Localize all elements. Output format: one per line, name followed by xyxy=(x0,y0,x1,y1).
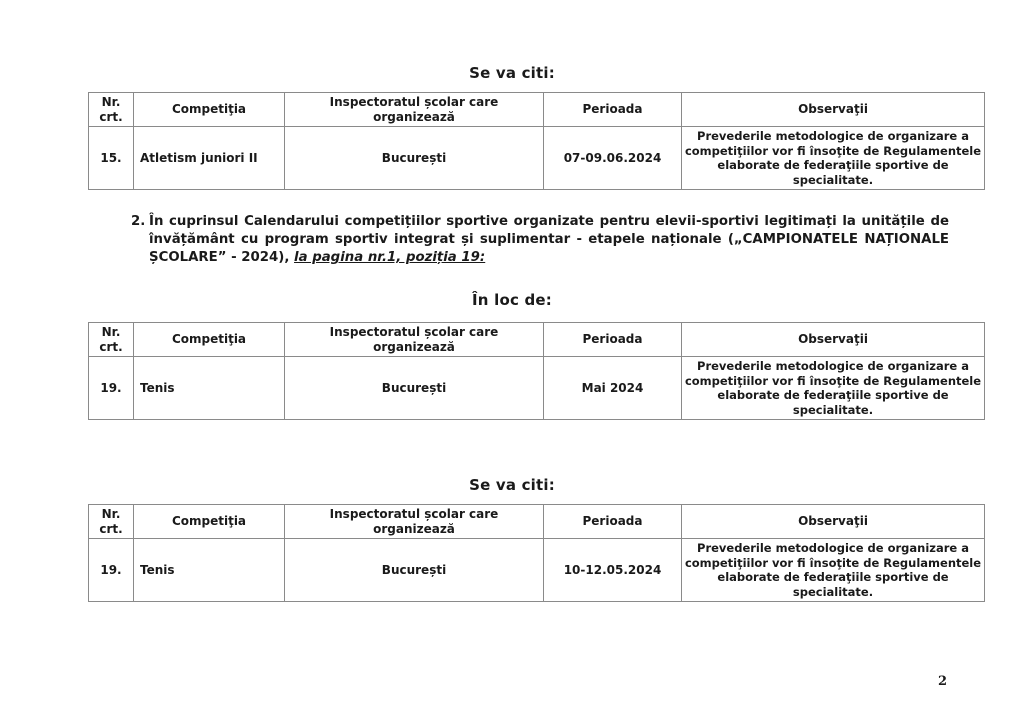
section-heading-se-va-citi-1: Se va citi: xyxy=(0,64,1024,82)
cell-competitia: Atletism juniori II xyxy=(134,127,285,190)
header-inspectorat: Inspectoratul școlar care organizează xyxy=(285,93,544,127)
cell-perioada: 10-12.05.2024 xyxy=(544,539,682,602)
header-perioada: Perioada xyxy=(544,93,682,127)
cell-perioada: 07-09.06.2024 xyxy=(544,127,682,190)
table-row: 19. Tenis București 10-12.05.2024 Preved… xyxy=(89,539,985,602)
cell-observatii: Prevederile metodologice de organizare a… xyxy=(682,127,985,190)
table-row: 15. Atletism juniori II București 07-09.… xyxy=(89,127,985,190)
header-nr-crt: Nr. crt. xyxy=(89,323,134,357)
page-position-reference: la pagina nr.1, poziția 19: xyxy=(294,250,485,265)
header-nr-crt: Nr. crt. xyxy=(89,93,134,127)
paragraph-body: În cuprinsul Calendarului competițiilor … xyxy=(149,213,949,267)
cell-competitia: Tenis xyxy=(134,357,285,420)
header-perioada: Perioada xyxy=(544,505,682,539)
header-inspectorat: Inspectoratul școlar care organizează xyxy=(285,505,544,539)
header-observatii: Observaţii xyxy=(682,323,985,357)
cell-observatii: Prevederile metodologice de organizare a… xyxy=(682,357,985,420)
header-competitia: Competiţia xyxy=(134,323,285,357)
page-number: 2 xyxy=(938,674,947,689)
header-competitia: Competiţia xyxy=(134,93,285,127)
competition-table-1: Nr. crt. Competiţia Inspectoratul școlar… xyxy=(88,92,985,190)
header-nr-crt: Nr. crt. xyxy=(89,505,134,539)
cell-competitia: Tenis xyxy=(134,539,285,602)
competition-table-2: Nr. crt. Competiţia Inspectoratul școlar… xyxy=(88,322,985,420)
cell-inspectorat: București xyxy=(285,539,544,602)
paragraph-text: În cuprinsul Calendarului competițiilor … xyxy=(149,214,949,265)
header-perioada: Perioada xyxy=(544,323,682,357)
section-heading-se-va-citi-2: Se va citi: xyxy=(0,476,1024,494)
header-inspectorat: Inspectoratul școlar care organizează xyxy=(285,323,544,357)
table-row: 19. Tenis București Mai 2024 Prevederile… xyxy=(89,357,985,420)
section-heading-in-loc-de: În loc de: xyxy=(0,291,1024,309)
cell-observatii: Prevederile metodologice de organizare a… xyxy=(682,539,985,602)
table-header-row: Nr. crt. Competiţia Inspectoratul școlar… xyxy=(89,505,985,539)
table-header-row: Nr. crt. Competiţia Inspectoratul școlar… xyxy=(89,93,985,127)
paragraph-number: 2. xyxy=(131,213,145,231)
cell-inspectorat: București xyxy=(285,127,544,190)
amendment-paragraph: 2. În cuprinsul Calendarului competițiil… xyxy=(131,213,949,267)
header-observatii: Observaţii xyxy=(682,505,985,539)
header-competitia: Competiţia xyxy=(134,505,285,539)
cell-inspectorat: București xyxy=(285,357,544,420)
table-header-row: Nr. crt. Competiţia Inspectoratul școlar… xyxy=(89,323,985,357)
competition-table-3: Nr. crt. Competiţia Inspectoratul școlar… xyxy=(88,504,985,602)
cell-nr: 15. xyxy=(89,127,134,190)
header-observatii: Observaţii xyxy=(682,93,985,127)
cell-perioada: Mai 2024 xyxy=(544,357,682,420)
cell-nr: 19. xyxy=(89,357,134,420)
cell-nr: 19. xyxy=(89,539,134,602)
